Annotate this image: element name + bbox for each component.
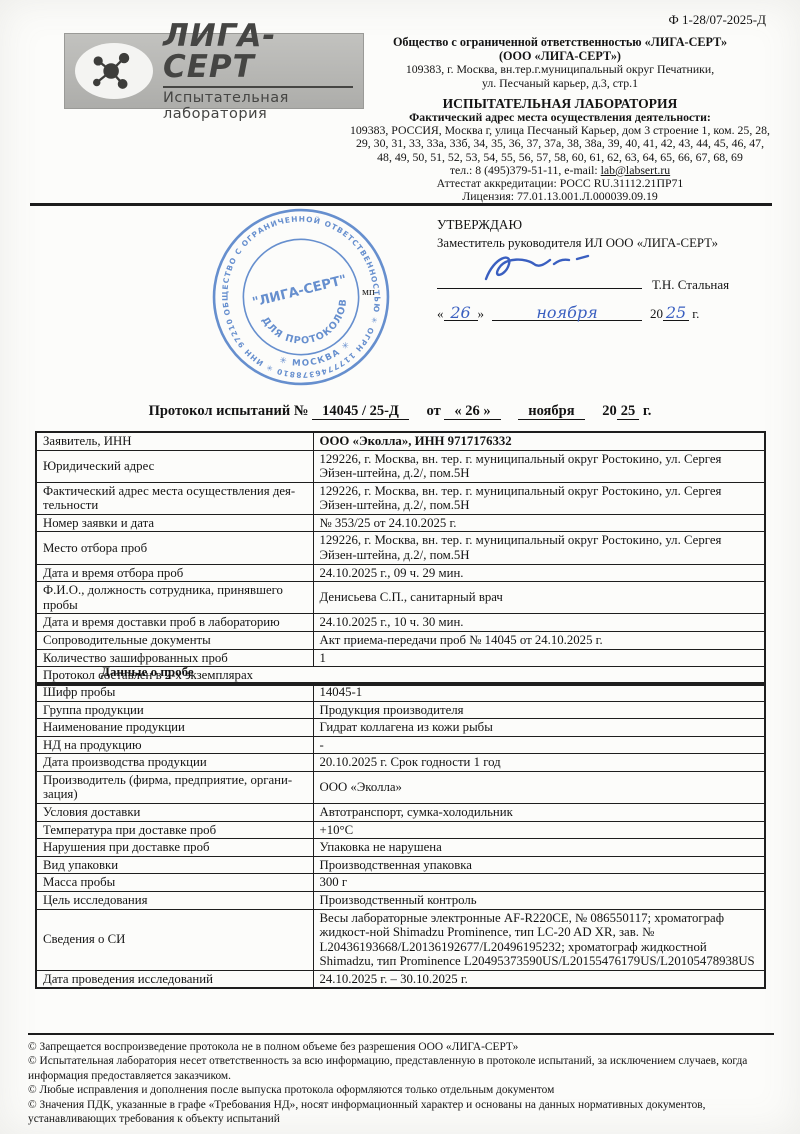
sample-data-section: Данные о пробе Шифр пробы14045-1 Группа …	[35, 664, 766, 989]
org-address-line: 109383, г. Москва, вн.тер.г.муниципальны…	[340, 63, 780, 76]
table-row: Фактический адрес места осуществления де…	[36, 482, 765, 514]
row-value: 24.10.2025 г., 09 ч. 29 мин.	[313, 564, 765, 582]
row-value: Автотранспорт, сумка-холодильник	[313, 804, 765, 822]
table-row: Условия доставкиАвтотранспорт, сумка-хол…	[36, 804, 765, 822]
row-label: Заявитель, ИНН	[36, 432, 313, 450]
footer-note: © Испытательная лаборатория несет ответс…	[28, 1054, 774, 1083]
table-row: Место отбора проб129226, г. Москва, вн. …	[36, 532, 765, 564]
org-address-line: ул. Песчаный карьер, д.3, стр.1	[340, 77, 780, 90]
signature-row: Т.Н. Стальная	[437, 275, 777, 293]
row-value: ООО «Эколла»	[313, 771, 765, 803]
protocol-date-year: 25	[617, 403, 640, 420]
approver-position: Заместитель руководителя ИЛ ООО «ЛИГА-СЕ…	[437, 236, 777, 251]
form-code: Ф 1-28/07-2025-Д	[669, 12, 767, 28]
footer-divider	[28, 1033, 774, 1035]
row-value: Весы лабораторные электронные AF-R220CE,…	[313, 909, 765, 970]
row-label: Место отбора проб	[36, 532, 313, 564]
table-row: Цель исследованияПроизводственный контро…	[36, 891, 765, 909]
row-value: 129226, г. Москва, вн. тер. г. муниципал…	[313, 482, 765, 514]
table-row: НД на продукцию-	[36, 736, 765, 754]
lab-logo: ЛИГА-СЕРТ Испытательная лаборатория	[64, 33, 364, 109]
row-label: Нарушения при доставке проб	[36, 839, 313, 857]
row-label: Дата и время доставки проб в лабораторию	[36, 614, 313, 632]
table-row: Дата и время отбора проб24.10.2025 г., 0…	[36, 564, 765, 582]
handwritten-year: 25	[666, 303, 686, 322]
row-label: Наименование продукции	[36, 719, 313, 737]
protocol-title-prefix: Протокол испытаний №	[149, 403, 309, 419]
org-name-full: Общество с ограниченной ответственностью…	[340, 36, 780, 50]
row-value: 14045-1	[313, 683, 765, 701]
row-value: Денисьева С.П., санитарный врач	[313, 582, 765, 614]
table-row: Сведения о СИВесы лабораторные электронн…	[36, 909, 765, 970]
logo-subtitle: Испытательная лаборатория	[163, 88, 353, 122]
email-link: lab@labsert.ru	[601, 163, 671, 177]
row-value: +10°С	[313, 821, 765, 839]
table-row: Группа продукцииПродукция производителя	[36, 701, 765, 719]
row-label: Сведения о СИ	[36, 909, 313, 970]
stamp-place-mark: мп	[362, 286, 375, 298]
logo-title: ЛИГА-СЕРТ	[163, 21, 353, 88]
row-label: Ф.И.О., должность сотрудника, принявшего…	[36, 582, 313, 614]
approver-name: Т.Н. Стальная	[652, 277, 729, 293]
sample-data-heading: Данные о пробе	[101, 664, 766, 680]
row-label: Вид упаковки	[36, 856, 313, 874]
row-value: № 353/25 от 24.10.2025 г.	[313, 514, 765, 532]
table-row: Дата и время доставки проб в лабораторию…	[36, 614, 765, 632]
row-value: Упаковка не нарушена	[313, 839, 765, 857]
protocol-number: 14045 / 25-Д	[312, 403, 409, 420]
row-value: 20.10.2025 г. Срок годности 1 год	[313, 754, 765, 772]
row-label: Масса пробы	[36, 874, 313, 892]
protocol-date-month: ноября	[518, 403, 584, 420]
molecule-icon	[91, 48, 137, 94]
row-label: Условия доставки	[36, 804, 313, 822]
contact-prefix: тел.: 8 (495)379-51-11, e-mail:	[450, 163, 601, 177]
row-value: 24.10.2025 г., 10 ч. 30 мин.	[313, 614, 765, 632]
year-suffix: г.	[692, 306, 699, 321]
footer-note: © Запрещается воспроизведение протокола …	[28, 1040, 774, 1054]
row-value: Акт приема-передачи проб № 14045 от 24.1…	[313, 631, 765, 649]
header-divider	[30, 203, 772, 206]
row-label: Юридический адрес	[36, 450, 313, 482]
row-label: Температура при доставке проб	[36, 821, 313, 839]
footer-note: © Любые исправления и дополнения после в…	[28, 1083, 774, 1097]
protocol-title: Протокол испытаний № 14045 / 25-Д от « 2…	[0, 403, 800, 420]
table-row: Производитель (фирма, предприятие, орган…	[36, 771, 765, 803]
table-row: Сопроводительные документыАкт приема-пер…	[36, 631, 765, 649]
table-row: Наименование продукцииГидрат коллагена и…	[36, 719, 765, 737]
handwritten-day: 26	[450, 303, 470, 322]
org-name-short: (ООО «ЛИГА-СЕРТ»)	[340, 50, 780, 64]
row-value: Производственная упаковка	[313, 856, 765, 874]
row-value: 129226, г. Москва, вн. тер. г. муниципал…	[313, 532, 765, 564]
footer-note: © Значения ПДК, указанные в графе «Требо…	[28, 1098, 774, 1127]
row-label: Дата проведения исследований	[36, 970, 313, 988]
protocol-from-label: от	[427, 403, 441, 419]
row-label: Шифр пробы	[36, 683, 313, 701]
logo-text: ЛИГА-СЕРТ Испытательная лаборатория	[153, 21, 353, 122]
row-label: Номер заявки и дата	[36, 514, 313, 532]
quote-close: »	[478, 306, 485, 321]
row-label: Цель исследования	[36, 891, 313, 909]
table-row: Номер заявки и дата№ 353/25 от 24.10.202…	[36, 514, 765, 532]
approval-date-line: «26»ноября2025 г.	[437, 303, 777, 322]
row-label: Производитель (фирма, предприятие, орган…	[36, 771, 313, 803]
table-row: Масса пробы300 г	[36, 874, 765, 892]
table-row: Ф.И.О., должность сотрудника, принявшего…	[36, 582, 765, 614]
row-label: НД на продукцию	[36, 736, 313, 754]
footer-notes-block: © Запрещается воспроизведение протокола …	[28, 1033, 774, 1127]
row-value: Гидрат коллагена из кожи рыбы	[313, 719, 765, 737]
table-row: Нарушения при доставке пробУпаковка не н…	[36, 839, 765, 857]
protocol-year-prefix: 20	[602, 403, 617, 419]
row-label: Сопроводительные документы	[36, 631, 313, 649]
table-row: Дата производства продукции20.10.2025 г.…	[36, 754, 765, 772]
approval-block: УТВЕРЖДАЮ Заместитель руководителя ИЛ ОО…	[437, 217, 777, 322]
row-label: Дата производства продукции	[36, 754, 313, 772]
row-value: 129226, г. Москва, вн. тер. г. муниципал…	[313, 450, 765, 482]
protocol-date-day: « 26 »	[444, 403, 500, 420]
lab-address-line: 29, 30, 31, 33, 33а, 33б, 34, 35, 36, 37…	[340, 137, 780, 150]
row-value: Производственный контроль	[313, 891, 765, 909]
sample-data-table: Шифр пробы14045-1 Группа продукцииПродук…	[35, 682, 766, 989]
protocol-year-suffix: г.	[643, 403, 652, 419]
table-row: Дата проведения исследований24.10.2025 г…	[36, 970, 765, 988]
row-value: Продукция производителя	[313, 701, 765, 719]
table-row: Юридический адрес129226, г. Москва, вн. …	[36, 450, 765, 482]
organization-header: Общество с ограниченной ответственностью…	[340, 36, 780, 203]
signature-scribble-icon	[482, 251, 612, 285]
row-label: Дата и время отбора проб	[36, 564, 313, 582]
table-row: Температура при доставке проб+10°С	[36, 821, 765, 839]
row-value: 300 г	[313, 874, 765, 892]
row-label: Фактический адрес места осуществления де…	[36, 482, 313, 514]
contact-line: тел.: 8 (495)379-51-11, e-mail: lab@labs…	[340, 164, 780, 177]
row-value: -	[313, 736, 765, 754]
stamp-center-text: "ЛИГА-СЕРТ"	[251, 273, 348, 311]
year-prefix: 20	[650, 306, 663, 321]
license-line: Лицензия: 77.01.13.001.Л.000039.09.19	[340, 190, 780, 203]
table-row: Заявитель, ИННООО «Эколла», ИНН 97171763…	[36, 432, 765, 450]
logo-ellipse	[75, 43, 153, 99]
lab-title: ИСПЫТАТЕЛЬНАЯ ЛАБОРАТОРИЯ	[340, 96, 780, 111]
row-value: 24.10.2025 г. – 30.10.2025 г.	[313, 970, 765, 988]
round-stamp: ОБЩЕСТВО С ОГРАНИЧЕННОЙ ОТВЕТСТВЕННОСТЬЮ…	[191, 187, 412, 408]
row-label: Группа продукции	[36, 701, 313, 719]
requisites-table: Заявитель, ИННООО «Эколла», ИНН 97171763…	[35, 431, 766, 686]
handwritten-month: ноября	[536, 303, 597, 322]
approval-title: УТВЕРЖДАЮ	[437, 217, 777, 233]
row-value: ООО «Эколла», ИНН 9717176332	[313, 432, 765, 450]
table-row: Шифр пробы14045-1	[36, 683, 765, 701]
scanned-protocol-page: Ф 1-28/07-2025-Д ЛИГА-СЕРТ Испытательная…	[0, 0, 800, 1134]
table-row: Вид упаковкиПроизводственная упаковка	[36, 856, 765, 874]
